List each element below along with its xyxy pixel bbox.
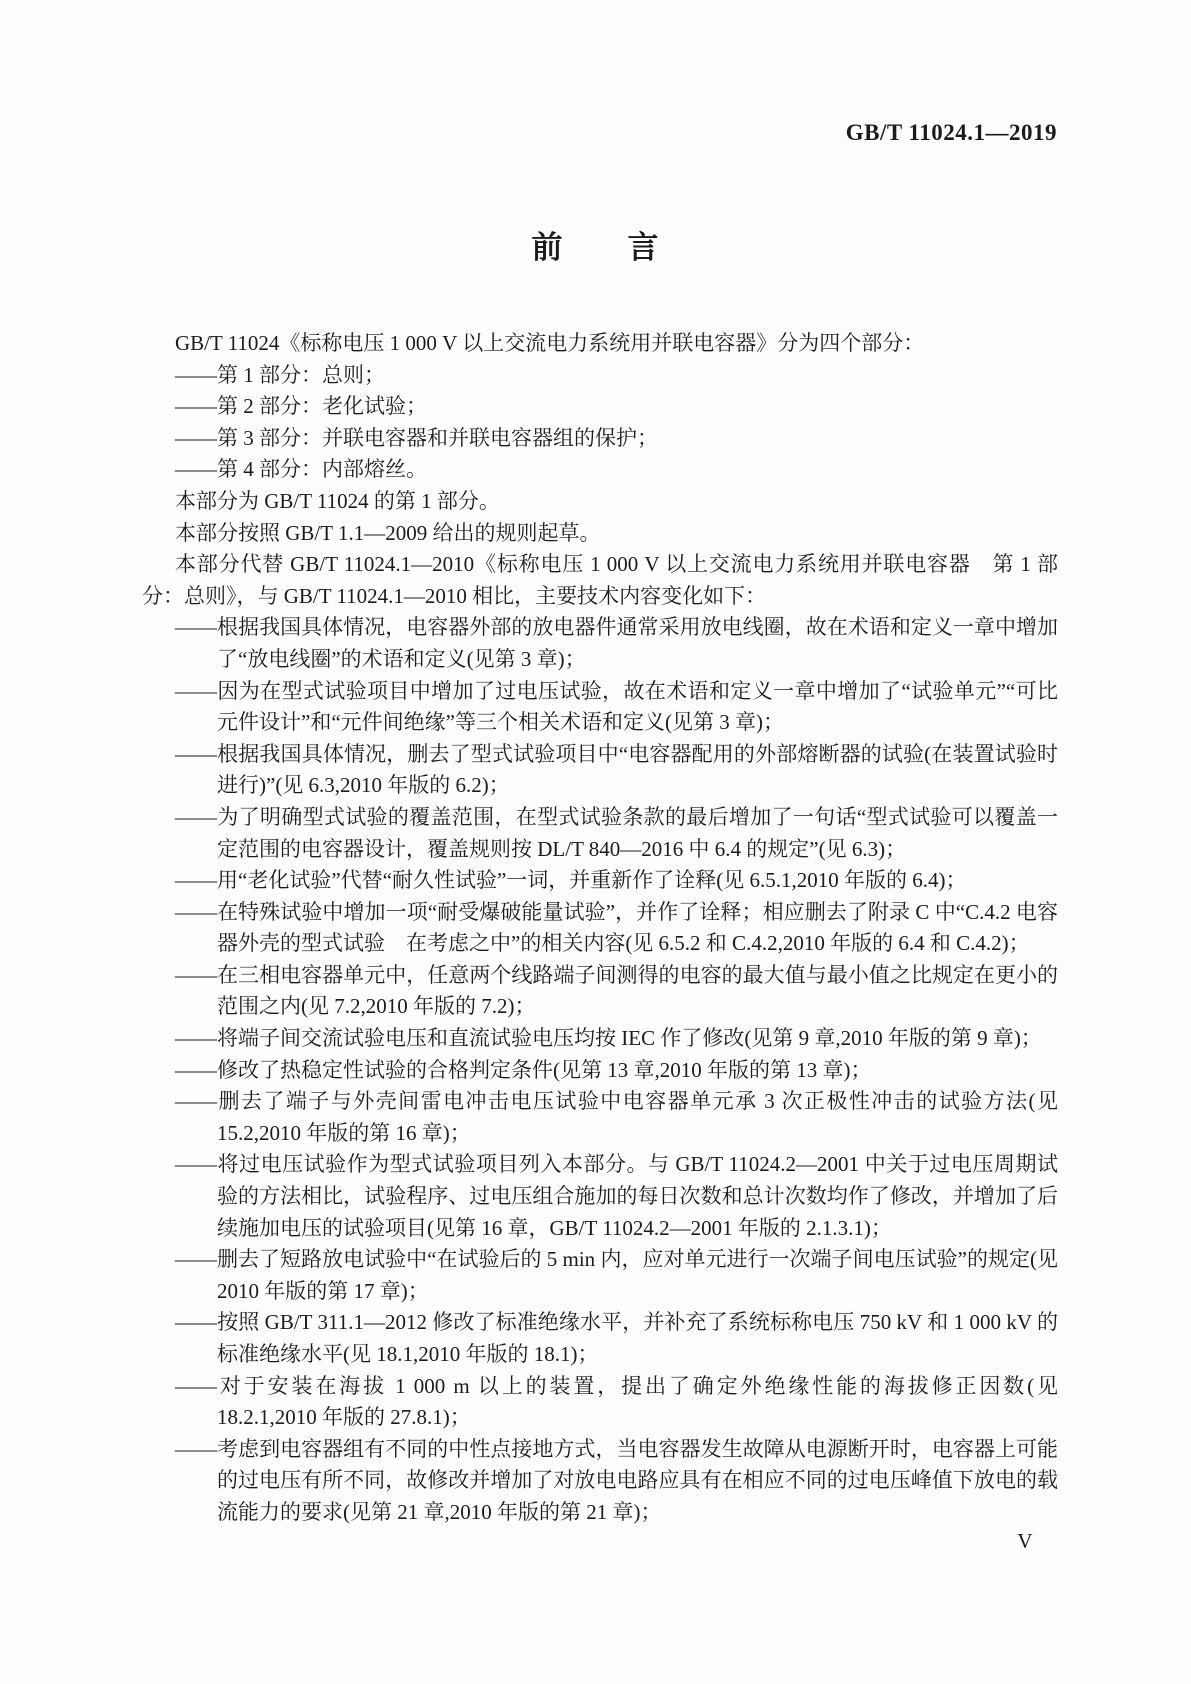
part-item: ——第 1 部分：总则；: [142, 360, 1058, 392]
change-item: ——用“老化试验”代替“耐久性试验”一词，并重新作了诠释(见 6.5.1,201…: [142, 865, 1058, 897]
change-item: ——删去了短路放电试验中“在试验后的 5 min 内，应对单元进行一次端子间电压…: [142, 1244, 1058, 1307]
page-title: 前 言: [0, 222, 1191, 267]
paragraph: 本部分为 GB/T 11024 的第 1 部分。: [142, 486, 1058, 518]
change-item: ——根据我国具体情况，电容器外部的放电器件通常采用放电线圈，故在术语和定义一章中…: [142, 612, 1058, 675]
paragraph: 本部分按照 GB/T 1.1—2009 给出的规则起草。: [142, 518, 1058, 550]
change-item: ——考虑到电容器组有不同的中性点接地方式，当电容器发生故障从电源断开时，电容器上…: [142, 1434, 1058, 1529]
part-item: ——第 2 部分：老化试验；: [142, 391, 1058, 423]
change-item: ——为了明确型式试验的覆盖范围，在型式试验条款的最后增加了一句话“型式试验可以覆…: [142, 802, 1058, 865]
change-item: ——将端子间交流试验电压和直流试验电压均按 IEC 作了修改(见第 9 章,20…: [142, 1023, 1058, 1055]
change-item: ——对于安装在海拔 1 000 m 以上的装置，提出了确定外绝缘性能的海拔修正因…: [142, 1371, 1058, 1434]
change-item: ——按照 GB/T 311.1—2012 修改了标准绝缘水平，并补充了系统标称电…: [142, 1307, 1058, 1370]
change-item: ——因为在型式试验项目中增加了过电压试验，故在术语和定义一章中增加了“试验单元”…: [142, 676, 1058, 739]
foreword-body: GB/T 11024《标称电压 1 000 V 以上交流电力系统用并联电容器》分…: [142, 328, 1058, 1529]
part-item: ——第 4 部分：内部熔丝。: [142, 454, 1058, 486]
doc-number: GB/T 11024.1—2019: [846, 120, 1057, 146]
page-number: V: [990, 1529, 1060, 1554]
paragraph: 本部分代替 GB/T 11024.1—2010《标称电压 1 000 V 以上交…: [142, 549, 1058, 612]
change-item: ——根据我国具体情况，删去了型式试验项目中“电容器配用的外部熔断器的试验(在装置…: [142, 739, 1058, 802]
intro-lead: GB/T 11024《标称电压 1 000 V 以上交流电力系统用并联电容器》分…: [142, 328, 1058, 360]
part-item: ——第 3 部分：并联电容器和并联电容器组的保护；: [142, 423, 1058, 455]
change-item: ——删去了端子与外壳间雷电冲击电压试验中电容器单元承 3 次正极性冲击的试验方法…: [142, 1086, 1058, 1149]
change-item: ——在三相电容器单元中，任意两个线路端子间测得的电容的最大值与最小值之比规定在更…: [142, 960, 1058, 1023]
change-item: ——修改了热稳定性试验的合格判定条件(见第 13 章,2010 年版的第 13 …: [142, 1055, 1058, 1087]
change-item: ——将过电压试验作为型式试验项目列入本部分。与 GB/T 11024.2—200…: [142, 1149, 1058, 1244]
change-item: ——在特殊试验中增加一项“耐受爆破能量试验”，并作了诠释；相应删去了附录 C 中…: [142, 897, 1058, 960]
document-page: GB/T 11024.1—2019 前 言 GB/T 11024《标称电压 1 …: [0, 0, 1191, 1684]
